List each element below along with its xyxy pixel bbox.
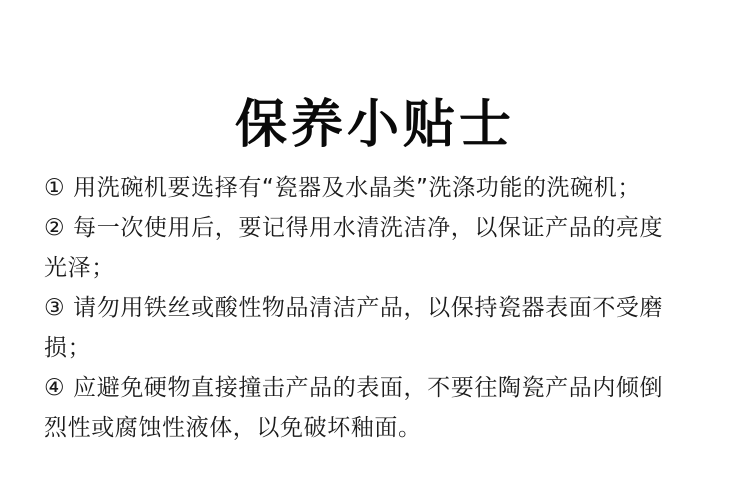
tip-item-2: ② 每一次使用后，要记得用水清洗洁净，以保证产品的亮度 光泽； bbox=[44, 208, 724, 288]
tip-item-3: ③ 请勿用铁丝或酸性物品清洁产品，以保持瓷器表面不受磨 损； bbox=[44, 288, 724, 368]
tip-item-1: ① 用洗碗机要选择有“瓷器及水晶类”洗涤功能的洗碗机； bbox=[44, 168, 724, 208]
tip-2-line-2: 光泽； bbox=[44, 248, 724, 288]
tip-4-line-1: ④ 应避免硬物直接撞击产品的表面，不要往陶瓷产品内倾倒 bbox=[44, 368, 724, 408]
tip-1-line-1: ① 用洗碗机要选择有“瓷器及水晶类”洗涤功能的洗碗机； bbox=[44, 168, 724, 208]
tip-3-line-1: ③ 请勿用铁丝或酸性物品清洁产品，以保持瓷器表面不受磨 bbox=[44, 288, 724, 328]
tip-4-line-2: 烈性或腐蚀性液体，以免破坏釉面。 bbox=[44, 408, 724, 448]
tips-list: ① 用洗碗机要选择有“瓷器及水晶类”洗涤功能的洗碗机； ② 每一次使用后，要记得… bbox=[44, 168, 724, 448]
page-title: 保养小贴士 bbox=[0, 87, 750, 163]
tip-3-line-2: 损； bbox=[44, 328, 724, 368]
tip-item-4: ④ 应避免硬物直接撞击产品的表面，不要往陶瓷产品内倾倒 烈性或腐蚀性液体，以免破… bbox=[44, 368, 724, 448]
tip-2-line-1: ② 每一次使用后，要记得用水清洗洁净，以保证产品的亮度 bbox=[44, 208, 724, 248]
